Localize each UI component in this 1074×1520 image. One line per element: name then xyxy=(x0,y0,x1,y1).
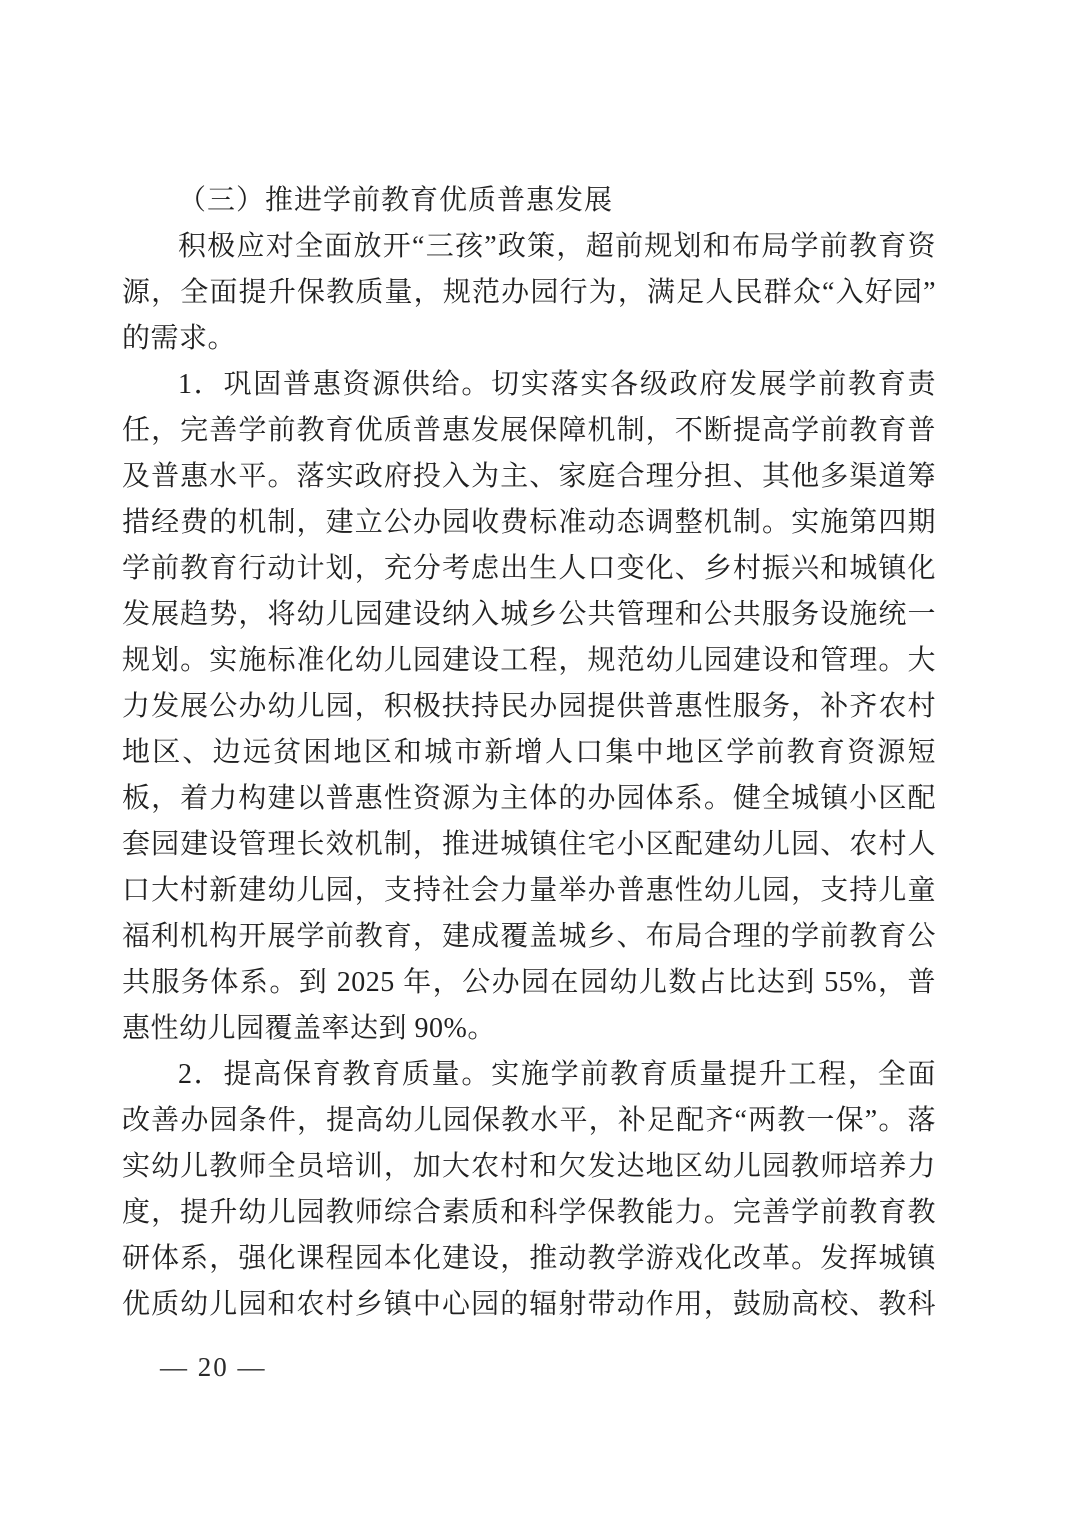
page-number-footer: — 20 — xyxy=(160,1350,267,1384)
text-line: 学前教育行动计划，充分考虑出生人口变化、乡村振兴和城镇化 xyxy=(122,546,936,592)
text-line: 口大村新建幼儿园，支持社会力量举办普惠性幼儿园，支持儿童 xyxy=(122,868,936,914)
text-line: 的需求。 xyxy=(122,316,936,362)
text-line: 度，提升幼儿园教师综合素质和科学保教能力。完善学前教育教 xyxy=(122,1190,936,1236)
text-line: 积极应对全面放开“三孩”政策，超前规划和布局学前教育资 xyxy=(122,224,936,270)
text-line: 惠性幼儿园覆盖率达到 90%。 xyxy=(122,1006,936,1052)
document-page: （三）推进学前教育优质普惠发展 积极应对全面放开“三孩”政策，超前规划和布局学前… xyxy=(0,0,1074,1520)
text-line: 2．提高保育教育质量。实施学前教育质量提升工程，全面 xyxy=(122,1052,936,1098)
text-line: 措经费的机制，建立公办园收费标准动态调整机制。实施第四期 xyxy=(122,500,936,546)
document-body: （三）推进学前教育优质普惠发展 积极应对全面放开“三孩”政策，超前规划和布局学前… xyxy=(122,178,936,1328)
text-line: 板，着力构建以普惠性资源为主体的办园体系。健全城镇小区配 xyxy=(122,776,936,822)
text-line: 优质幼儿园和农村乡镇中心园的辐射带动作用，鼓励高校、教科 xyxy=(122,1282,936,1328)
text-line: 实幼儿教师全员培训，加大农村和欠发达地区幼儿园教师培养力 xyxy=(122,1144,936,1190)
text-line: 共服务体系。到 2025 年，公办园在园幼儿数占比达到 55%，普 xyxy=(122,960,936,1006)
text-line: 任，完善学前教育优质普惠发展保障机制，不断提高学前教育普 xyxy=(122,408,936,454)
text-line: 及普惠水平。落实政府投入为主、家庭合理分担、其他多渠道筹 xyxy=(122,454,936,500)
text-line: 套园建设管理长效机制，推进城镇住宅小区配建幼儿园、农村人 xyxy=(122,822,936,868)
section-heading: （三）推进学前教育优质普惠发展 xyxy=(122,178,936,224)
text-line: 力发展公办幼儿园，积极扶持民办园提供普惠性服务，补齐农村 xyxy=(122,684,936,730)
text-line: 福利机构开展学前教育，建成覆盖城乡、布局合理的学前教育公 xyxy=(122,914,936,960)
text-line: 1．巩固普惠资源供给。切实落实各级政府发展学前教育责 xyxy=(122,362,936,408)
text-line: 源，全面提升保教质量，规范办园行为，满足人民群众“入好园” xyxy=(122,270,936,316)
text-line: 地区、边远贫困地区和城市新增人口集中地区学前教育资源短 xyxy=(122,730,936,776)
text-line: 规划。实施标准化幼儿园建设工程，规范幼儿园建设和管理。大 xyxy=(122,638,936,684)
text-line: 研体系，强化课程园本化建设，推动教学游戏化改革。发挥城镇 xyxy=(122,1236,936,1282)
text-line: 改善办园条件，提高幼儿园保教水平，补足配齐“两教一保”。落 xyxy=(122,1098,936,1144)
text-line: 发展趋势，将幼儿园建设纳入城乡公共管理和公共服务设施统一 xyxy=(122,592,936,638)
